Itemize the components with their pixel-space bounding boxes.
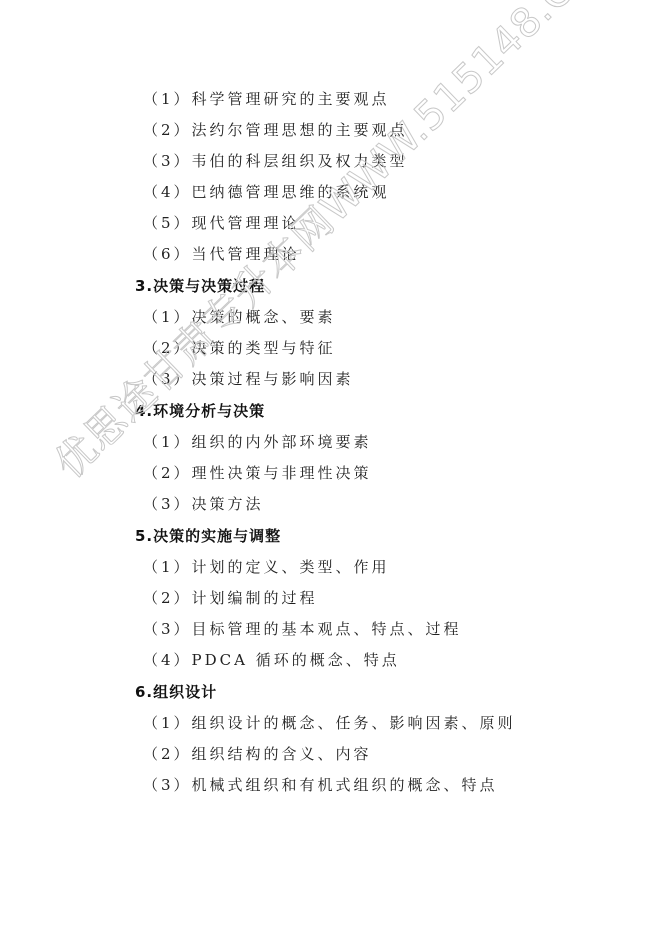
- list-item: （4）巴纳德管理思维的系统观: [143, 182, 390, 202]
- list-item: （2）组织结构的含义、内容: [143, 744, 372, 764]
- list-item: （1）组织的内外部环境要素: [143, 432, 372, 452]
- section-heading: 4.环境分析与决策: [135, 401, 265, 421]
- watermark-text: 优思途甘肃专升本网WWW.515148.COM: [40, 0, 633, 489]
- list-item: （6）当代管理理论: [143, 244, 300, 264]
- list-item: （3）目标管理的基本观点、特点、过程: [143, 619, 462, 639]
- list-item: （1）计划的定义、类型、作用: [143, 557, 390, 577]
- list-item: （4）PDCA 循环的概念、特点: [143, 650, 400, 670]
- list-item: （3）韦伯的科层组织及权力类型: [143, 151, 408, 171]
- list-item: （3）决策过程与影响因素: [143, 369, 354, 389]
- list-item: （3）决策方法: [143, 494, 264, 514]
- list-item: （2）决策的类型与特征: [143, 338, 336, 358]
- list-item: （2）计划编制的过程: [143, 588, 318, 608]
- section-heading: 6.组织设计: [135, 682, 217, 702]
- list-item: （3）机械式组织和有机式组织的概念、特点: [143, 775, 498, 795]
- list-item: （2）法约尔管理思想的主要观点: [143, 120, 408, 140]
- list-item: （1）科学管理研究的主要观点: [143, 89, 390, 109]
- list-item: （1）决策的概念、要素: [143, 307, 336, 327]
- list-item: （5）现代管理理论: [143, 213, 300, 233]
- section-heading: 3.决策与决策过程: [135, 276, 265, 296]
- document-page: （1）科学管理研究的主要观点 （2）法约尔管理思想的主要观点 （3）韦伯的科层组…: [0, 0, 661, 935]
- section-heading: 5.决策的实施与调整: [135, 526, 281, 546]
- list-item: （1）组织设计的概念、任务、影响因素、原则: [143, 713, 516, 733]
- list-item: （2）理性决策与非理性决策: [143, 463, 372, 483]
